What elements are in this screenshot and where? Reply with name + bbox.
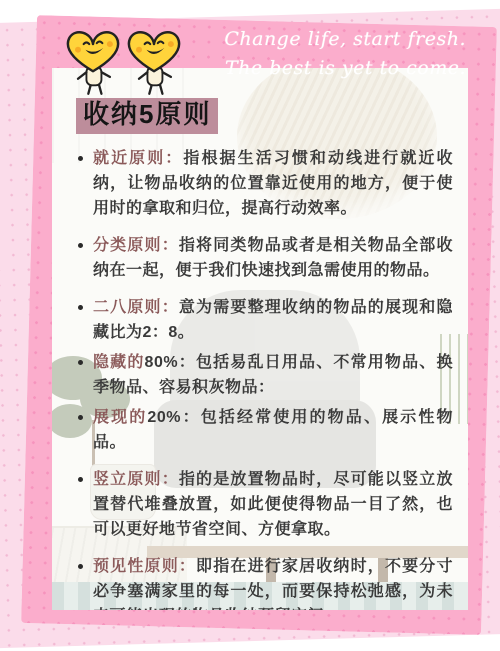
bullet-dot-icon <box>78 305 83 310</box>
page-title: 收纳5原则 <box>76 98 218 134</box>
principle-item-foresight: 预见性原则：即指在进行家居收纳时，不要分寸必争塞满家里的每一处，而要保持松弛感，… <box>76 554 453 610</box>
principle-item-proximity: 就近原则：指根据生活习惯和动线进行就近收纳，让物品收纳的位置靠近使用的地方，便于… <box>76 146 453 221</box>
tagline-line-2: The best is yet to come. <box>224 54 466 83</box>
bullet-dot-icon <box>78 477 83 482</box>
principle-heading: 隐藏的 <box>93 354 145 371</box>
principle-heading: 展现的 <box>93 409 147 426</box>
tagline: Change life, start fresh. The best is ye… <box>224 25 466 82</box>
principle-heading-number: 80%： <box>145 354 196 371</box>
poster: 收纳5原则 就近原则：指根据生活习惯和动线进行就近收纳，让物品收纳的位置靠近使用… <box>0 0 500 651</box>
bullet-dot-icon <box>78 564 83 569</box>
bullet-dot-icon <box>78 243 83 248</box>
heart-smiley-icon <box>63 23 123 97</box>
principle-heading: 就近原则： <box>93 150 183 167</box>
principle-item-vertical: 竖立原则：指的是放置物品时，尽可能以竖立放置替代堆叠放置，如此便使得物品一目了然… <box>76 467 453 542</box>
principles-content: 收纳5原则 就近原则：指根据生活习惯和动线进行就近收纳，让物品收纳的位置靠近使用… <box>76 98 453 610</box>
principle-heading: 竖立原则： <box>93 471 179 488</box>
principle-item-shown-20: 展现的20%：包括经常使用的物品、展示性物品。 <box>76 405 453 455</box>
tagline-line-1: Change life, start fresh. <box>224 25 466 54</box>
principle-heading: 预见性原则： <box>93 558 196 575</box>
bullet-dot-icon <box>78 360 83 365</box>
heart-mascots <box>63 23 184 97</box>
bullet-dot-icon <box>78 415 83 420</box>
principle-item-hidden-80: 隐藏的80%：包括易乱日用品、不常用物品、换季物品、容易积灰物品： <box>76 350 453 400</box>
content-card: 收纳5原则 就近原则：指根据生活习惯和动线进行就近收纳，让物品收纳的位置靠近使用… <box>52 68 468 610</box>
principle-item-twenty-eighty: 二八原则：意为需要整理收纳的物品的展现和隐藏比为2：8。 <box>76 295 453 345</box>
bullet-dot-icon <box>78 156 83 161</box>
principle-heading: 分类原则： <box>93 237 179 254</box>
heart-smiley-icon <box>124 23 184 97</box>
principle-heading-number: 20%： <box>147 409 200 426</box>
principle-heading: 二八原则： <box>93 299 179 316</box>
principle-item-category: 分类原则：指将同类物品或者是相关物品全部收纳在一起，便于我们快速找到急需使用的物… <box>76 233 453 283</box>
